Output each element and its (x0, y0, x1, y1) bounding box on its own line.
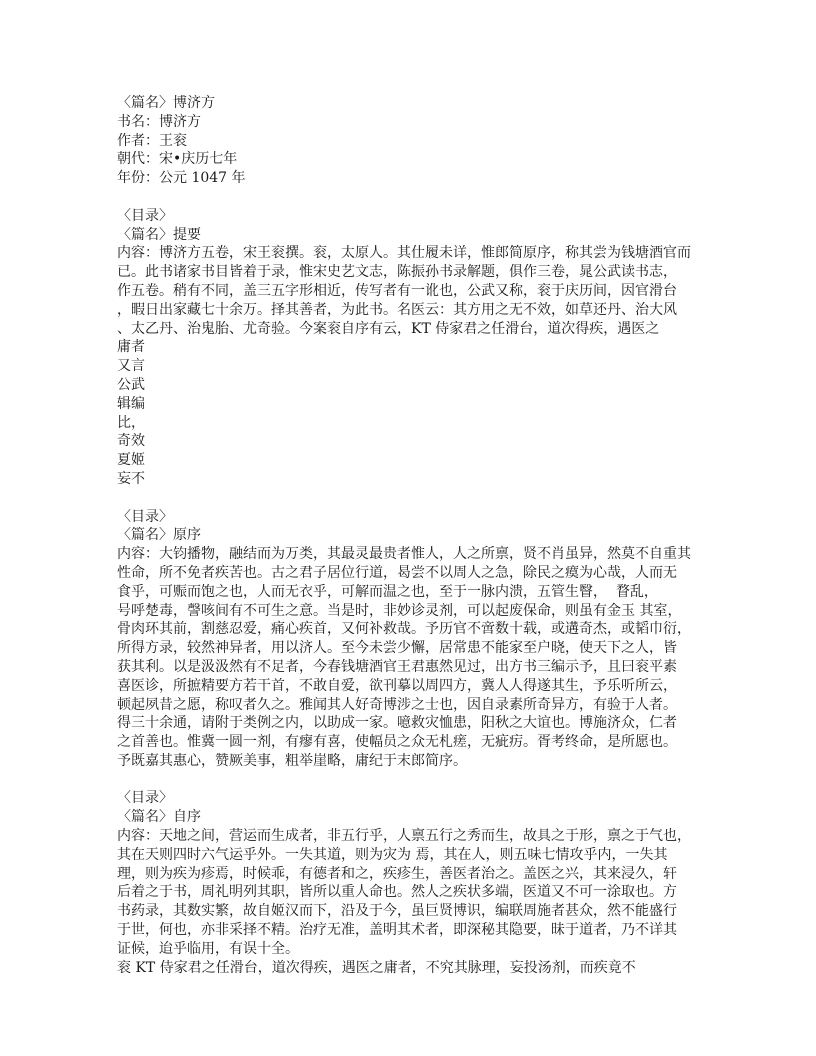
toc-marker: 〈目录〉 (117, 789, 717, 808)
body-text-line: 获其利。以是汲汲然有不足者，今春钱塘酒官王君惠然见过，出方书三编示予，且曰衮平素 (117, 658, 717, 677)
section-body: 内容：天地之间，营运而生成者，非五行乎，人禀五行之秀而生，故具之于形，禀之于气也… (117, 827, 717, 977)
body-text-line: 性命，所不免者疾苦也。古之君子居位行道，曷尝不以周人之急，除民之瘼为心哉，人而无 (117, 564, 717, 583)
metadata-block: 〈篇名〉博济方 书名：博济方 作者：王衮 朝代：宋•庆历七年 年份：公元 104… (117, 94, 717, 188)
body-text-line: 所得方录，较然神异者，用以济人。至今未尝少懈，居常患不能家至户晓，使天下之人，皆 (117, 639, 717, 658)
body-text-line: 已。此书诸家书目皆着于录，惟宋史艺文志，陈振孙书录解题，俱作三卷，晁公武读书志， (117, 263, 717, 282)
body-text-line: 内容：大钧播物，融结而为万类，其最灵最贵者惟人，人之所禀，贤不肖虽异，然莫不自重… (117, 545, 717, 564)
title-line: 〈篇名〉博济方 (117, 94, 717, 113)
body-text-line: 内容：博济方五卷，宋王衮撰。衮，太原人。其仕履未详，惟郎简原序，称其尝为钱塘酒官… (117, 244, 717, 263)
body-text-line: 其在天则四时六气运乎外。一失其道，则为灾为 焉，其在人，则五味七情攻乎内，一失其 (117, 846, 717, 865)
toc-marker: 〈目录〉 (117, 207, 717, 226)
body-text-line: 内容：天地之间，营运而生成者，非五行乎，人禀五行之秀而生，故具之于形，禀之于气也… (117, 827, 717, 846)
body-text-line: 比， (117, 414, 717, 433)
body-text-line: 顿起夙昔之愿，称叹者久之。雅闻其人好奇博涉之士也，因自录素所奇异方，有验于人者。 (117, 696, 717, 715)
body-text-line: 衮 KT 侍家君之任滑台，道次得疾，遇医之庸者，不究其脉理，妄投汤剂，而疾竟不 (117, 959, 717, 978)
body-text-line: 予既嘉其惠心，赞厥美事，粗举崖略，庸纪于末郎简序。 (117, 752, 717, 771)
body-text-line: 作五卷。稍有不同，盖三五字形相近，传写者有一讹也，公武又称，衮于庆历间，因官滑台 (117, 282, 717, 301)
body-text-line: 后着之于书，周礼明列其职，皆所以重人命也。然人之疾状多端，医道又不可一涂取也。方 (117, 883, 717, 902)
body-text-line: 又言 (117, 357, 717, 376)
section-yuanxu: 〈目录〉 〈篇名〉原序 内容：大钧播物，融结而为万类，其最灵最贵者惟人，人之所禀… (117, 508, 717, 771)
body-text-line: 庸者 (117, 338, 717, 357)
body-text-line: 夏姬 (117, 451, 717, 470)
body-text-line: 得三十余通，请附于类例之内，以助成一家。噫救灾恤患，阳秋之大谊也。博施济众，仁者 (117, 714, 717, 733)
body-text-line: 喜医诊，所摭精要方若干首，不敢自爱，欲刊摹以周四方，冀人人得遂其生，予乐听所云， (117, 677, 717, 696)
body-text-line: 号呼楚毒，謦咳间有不可生之意。当是时，非妙诊灵剂，可以起废保命，则虽有金玉 其室… (117, 602, 717, 621)
spacer (117, 771, 717, 790)
body-text-line: 书药录，其数实繁，故自姬汉而下，沿及于今，虽巨贤博识，编联周施者甚众，然不能盛行 (117, 902, 717, 921)
body-text-line: 公武 (117, 376, 717, 395)
year-line: 年份：公元 1047 年 (117, 169, 717, 188)
spacer (117, 489, 717, 508)
book-name-line: 书名：博济方 (117, 113, 717, 132)
section-tiyao: 〈目录〉 〈篇名〉提要 内容：博济方五卷，宋王衮撰。衮，太原人。其仕履未详，惟郎… (117, 207, 717, 489)
body-text-line: 证候，迨乎临用，有误十全。 (117, 940, 717, 959)
document-page: 〈篇名〉博济方 书名：博济方 作者：王衮 朝代：宋•庆历七年 年份：公元 104… (117, 94, 717, 977)
section-zixu: 〈目录〉 〈篇名〉自序 内容：天地之间，营运而生成者，非五行乎，人禀五行之秀而生… (117, 789, 717, 977)
body-text-line: 奇效 (117, 432, 717, 451)
section-body: 内容：大钧播物，融结而为万类，其最灵最贵者惟人，人之所禀，贤不肖虽异，然莫不自重… (117, 545, 717, 771)
author-line: 作者：王衮 (117, 132, 717, 151)
section-title: 〈篇名〉自序 (117, 808, 717, 827)
body-text-line: ，暇日出家藏七十余万。择其善者，为此书。名医云：其方用之无不效，如草还丹、治大风 (117, 301, 717, 320)
body-text-line: 妄不 (117, 470, 717, 489)
body-text-line: 于世，何也，亦非采择不精。治疗无准，盖明其术者，即深秘其隐要，昧于道者，乃不详其 (117, 921, 717, 940)
spacer (117, 188, 717, 207)
section-title: 〈篇名〉提要 (117, 226, 717, 245)
body-text-line: 理，则为疾为疹焉，时候乖，有德者和之，疾疹生，善医者治之。盖医之兴，其来浸久，轩 (117, 865, 717, 884)
toc-marker: 〈目录〉 (117, 508, 717, 527)
body-text-line: 食乎，可赈而饱之也，人而无衣乎，可解而温之也，至于一脉内溃，五管生瞖， 瞀乱， (117, 583, 717, 602)
dynasty-line: 朝代：宋•庆历七年 (117, 150, 717, 169)
section-body: 内容：博济方五卷，宋王衮撰。衮，太原人。其仕履未详，惟郎简原序，称其尝为钱塘酒官… (117, 244, 717, 488)
body-text-line: 之首善也。惟冀一圆一剂，有瘳有喜，使幅员之众无札瘥，无疵疠。胥考终命，是所愿也。 (117, 733, 717, 752)
body-text-line: 、太乙丹、治鬼胎、尤奇验。今案衮自序有云，KT 侍家君之任滑台，道次得疾，遇医之 (117, 320, 717, 339)
body-text-line: 辑编 (117, 395, 717, 414)
section-title: 〈篇名〉原序 (117, 526, 717, 545)
body-text-line: 骨肉环其前，割慈忍爱，痛心疾首，又何补救哉。予历官不啻数十载，或遘奇杰，或韬巾衍… (117, 620, 717, 639)
